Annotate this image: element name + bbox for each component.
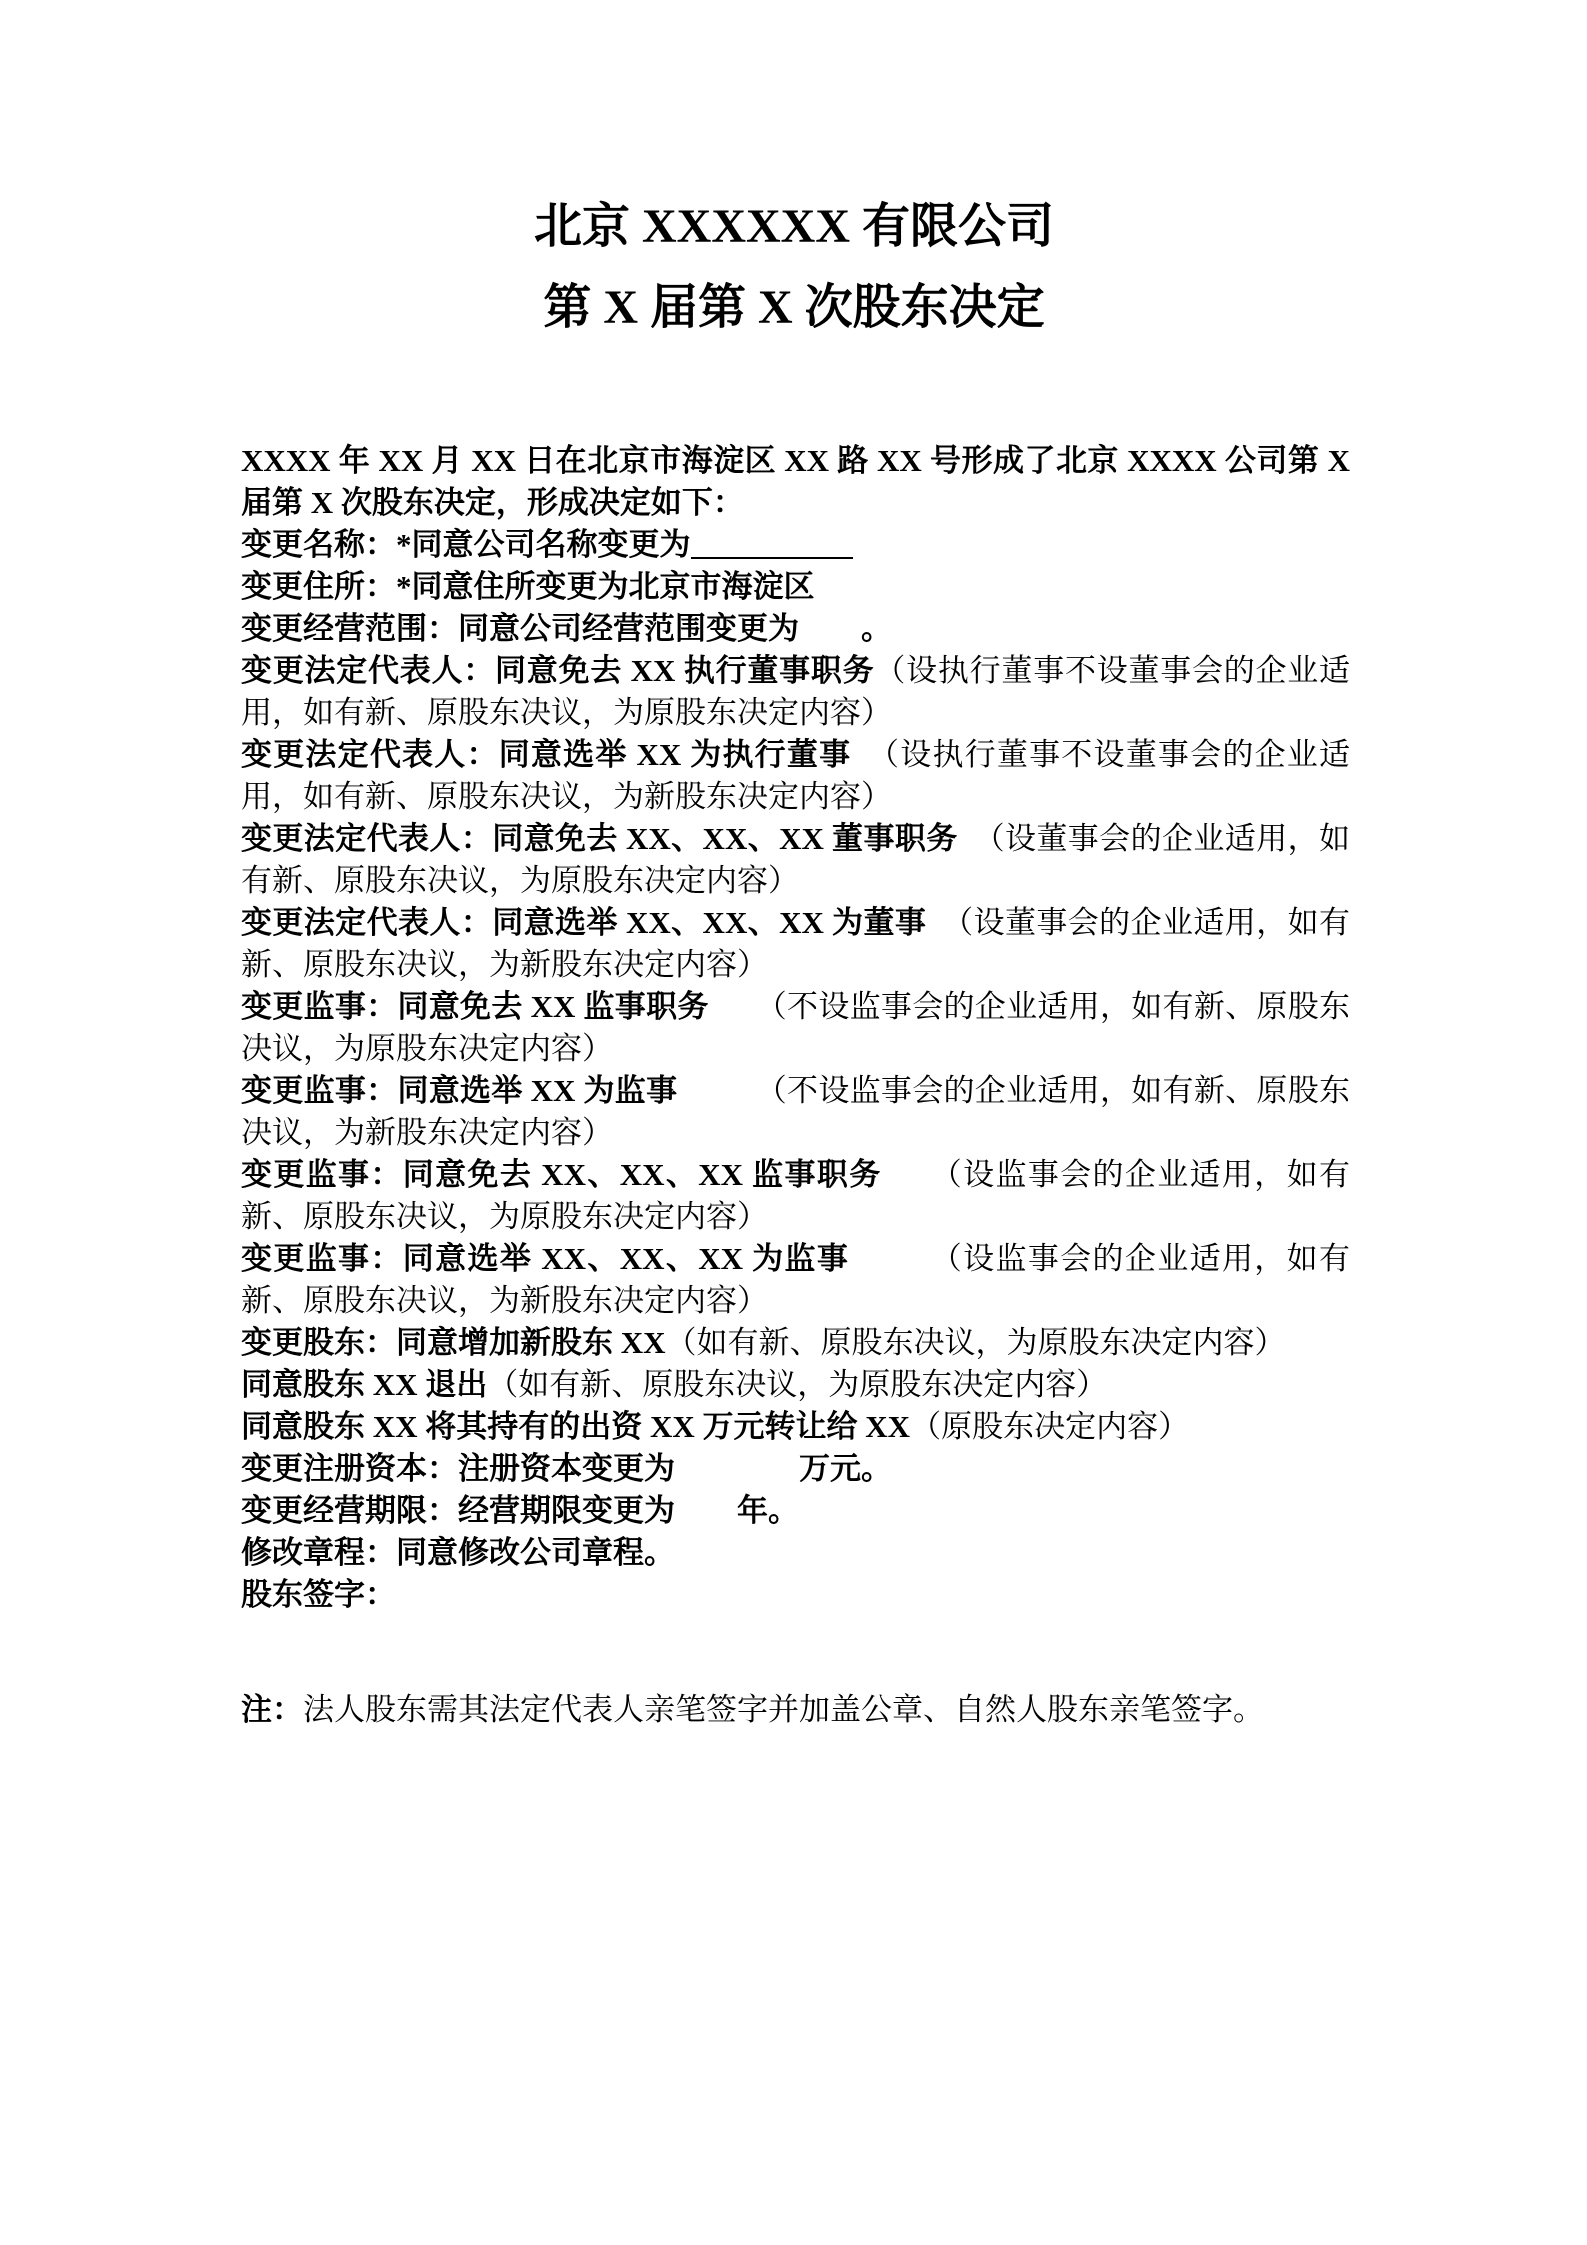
text-segment: （原股东决定内容） bbox=[910, 1409, 1189, 1444]
body-paragraph: 变更监事：同意免去 XX、XX、XX 监事职务 （设监事会的企业适用，如有新、原… bbox=[241, 1154, 1350, 1238]
document-body: XXXX 年 XX 月 XX 日在北京市海淀区 XX 路 XX 号形成了北京 X… bbox=[241, 440, 1350, 1731]
text-segment: 股东签字： bbox=[241, 1577, 396, 1612]
body-paragraph: 变更法定代表人：同意免去 XX、XX、XX 董事职务 （设董事会的企业适用，如有… bbox=[241, 818, 1350, 902]
text-segment: 变更监事：同意选举 XX 为监事 bbox=[241, 1073, 677, 1108]
text-segment: 变更股东：同意增加新股东 XX bbox=[241, 1325, 666, 1360]
text-segment: 同意股东 XX 将其持有的出资 XX 万元转让给 XX bbox=[241, 1409, 910, 1444]
body-paragraph: 变更经营范围：同意公司经营范围变更为 。 bbox=[241, 608, 1350, 650]
text-segment: 变更法定代表人：同意免去 XX 执行董事职务 bbox=[241, 653, 874, 688]
document-title: 北京 XXXXXX 有限公司 第 X 届第 X 次股东决定 bbox=[239, 186, 1349, 348]
body-paragraph: 同意股东 XX 退出（如有新、原股东决议，为原股东决定内容） bbox=[241, 1364, 1350, 1406]
text-segment: 修改章程：同意修改公司章程。 bbox=[241, 1535, 675, 1570]
text-segment: 变更监事：同意免去 XX 监事职务 bbox=[241, 989, 709, 1024]
body-paragraph: 变更监事：同意选举 XX 为监事 （不设监事会的企业适用，如有新、原股东决议，为… bbox=[241, 1070, 1350, 1154]
text-segment: 法人股东需其法定代表人亲笔签字并加盖公章、自然人股东亲笔签字。 bbox=[303, 1692, 1264, 1727]
body-paragraph: 变更注册资本：注册资本变更为 万元。 bbox=[241, 1448, 1350, 1490]
body-paragraph: 修改章程：同意修改公司章程。 bbox=[241, 1532, 1350, 1574]
text-segment: （如有新、原股东决议，为原股东决定内容） bbox=[487, 1367, 1107, 1402]
text-segment: （如有新、原股东决议，为原股东决定内容） bbox=[666, 1325, 1286, 1360]
text-segment: 变更法定代表人：同意选举 XX 为执行董事 bbox=[241, 737, 851, 772]
note-paragraph: 注：法人股东需其法定代表人亲笔签字并加盖公章、自然人股东亲笔签字。 bbox=[241, 1689, 1350, 1731]
body-paragraph: 变更股东：同意增加新股东 XX（如有新、原股东决议，为原股东决定内容） bbox=[241, 1322, 1350, 1364]
title-line-1: 北京 XXXXXX 有限公司 bbox=[239, 186, 1349, 267]
text-segment: 注： bbox=[241, 1692, 303, 1727]
body-paragraph: 变更监事：同意免去 XX 监事职务 （不设监事会的企业适用，如有新、原股东决议，… bbox=[241, 986, 1350, 1070]
body-paragraph: XXXX 年 XX 月 XX 日在北京市海淀区 XX 路 XX 号形成了北京 X… bbox=[241, 440, 1350, 524]
text-segment: 变更经营范围：同意公司经营范围变更为 。 bbox=[241, 611, 892, 646]
text-segment: 变更住所：*同意住所变更为北京市海淀区 bbox=[241, 569, 815, 604]
body-paragraph: 变更住所：*同意住所变更为北京市海淀区 bbox=[241, 566, 1350, 608]
blank-underline-field bbox=[691, 526, 853, 559]
text-segment: 变更名称：*同意公司名称变更为 bbox=[241, 527, 691, 562]
body-paragraph: 同意股东 XX 将其持有的出资 XX 万元转让给 XX（原股东决定内容） bbox=[241, 1406, 1350, 1448]
text-segment: 变更监事：同意免去 XX、XX、XX 监事职务 bbox=[241, 1157, 882, 1192]
body-paragraph: 变更法定代表人：同意免去 XX 执行董事职务（设执行董事不设董事会的企业适用，如… bbox=[241, 650, 1350, 734]
text-segment: 变更监事：同意选举 XX、XX、XX 为监事 bbox=[241, 1241, 849, 1276]
text-segment: XXXX 年 XX 月 XX 日在北京市海淀区 XX 路 XX 号形成了北京 X… bbox=[241, 443, 1350, 520]
text-segment: 变更法定代表人：同意免去 XX、XX、XX 董事职务 bbox=[241, 821, 958, 856]
text-segment: 变更经营期限：经营期限变更为 年。 bbox=[241, 1493, 799, 1528]
text-segment: 变更注册资本：注册资本变更为 万元。 bbox=[241, 1451, 892, 1486]
text-segment: 变更法定代表人：同意选举 XX、XX、XX 为董事 bbox=[241, 905, 926, 940]
document-page: 北京 XXXXXX 有限公司 第 X 届第 X 次股东决定 XXXX 年 XX … bbox=[0, 0, 1587, 2245]
body-paragraph: 变更名称：*同意公司名称变更为 bbox=[241, 524, 1350, 566]
body-paragraph: 变更经营期限：经营期限变更为 年。 bbox=[241, 1490, 1350, 1532]
body-paragraph: 股东签字： bbox=[241, 1574, 1350, 1616]
body-paragraph: 变更监事：同意选举 XX、XX、XX 为监事 （设监事会的企业适用，如有新、原股… bbox=[241, 1238, 1350, 1322]
title-line-2: 第 X 届第 X 次股东决定 bbox=[239, 267, 1349, 348]
body-paragraph: 变更法定代表人：同意选举 XX 为执行董事 （设执行董事不设董事会的企业适用，如… bbox=[241, 734, 1350, 818]
text-segment: 同意股东 XX 退出 bbox=[241, 1367, 487, 1402]
body-paragraph: 变更法定代表人：同意选举 XX、XX、XX 为董事 （设董事会的企业适用，如有新… bbox=[241, 902, 1350, 986]
